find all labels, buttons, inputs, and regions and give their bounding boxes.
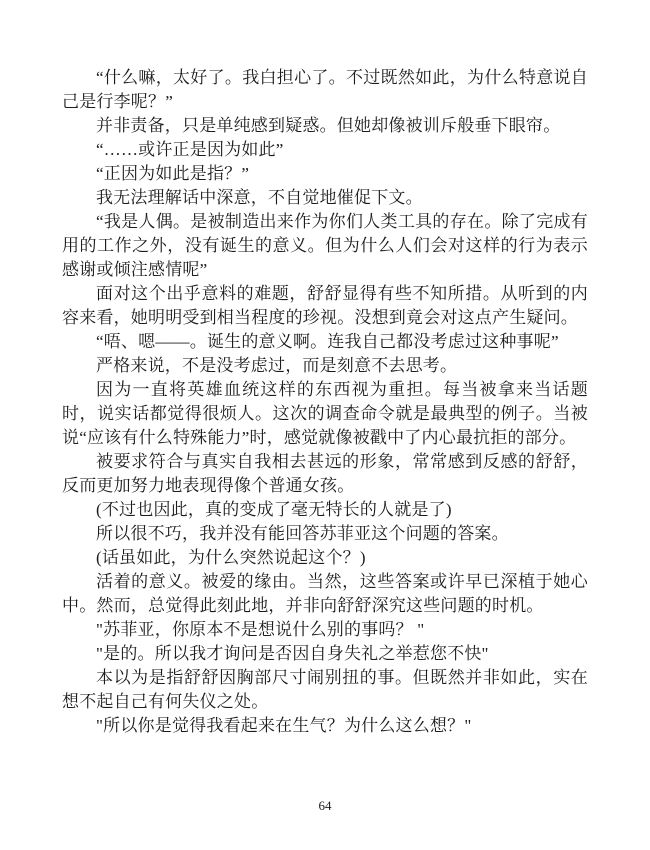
page-body-text: “什么嘛，太好了。我白担心了。不过既然如此，为什么特意说自己是行李呢？” 并非责… <box>62 66 588 738</box>
paragraph: 活着的意义。被爱的缘由。当然，这些答案或许早已深植于她心中。然而，总觉得此刻此地… <box>62 570 588 618</box>
document-page: “什么嘛，太好了。我白担心了。不过既然如此，为什么特意说自己是行李呢？” 并非责… <box>0 0 650 850</box>
paragraph: 并非责备，只是单纯感到疑惑。但她却像被训斥般垂下眼帘。 <box>62 114 588 138</box>
paragraph: “我是人偶。是被制造出来作为你们人类工具的存在。除了完成有用的工作之外，没有诞生… <box>62 210 588 282</box>
paragraph: “……或许正是因为如此” <box>62 138 588 162</box>
paragraph: “什么嘛，太好了。我白担心了。不过既然如此，为什么特意说自己是行李呢？” <box>62 66 588 114</box>
paragraph: "所以你是觉得我看起来在生气？为什么这么想？" <box>62 714 588 738</box>
paragraph: “正因为如此是指？” <box>62 162 588 186</box>
paragraph: 我无法理解话中深意，不自觉地催促下文。 <box>62 186 588 210</box>
paragraph: (话虽如此，为什么突然说起这个？) <box>62 546 588 570</box>
paragraph: (不过也因此，真的变成了毫无特长的人就是了) <box>62 498 588 522</box>
paragraph: “唔、嗯——。诞生的意义啊。连我自己都没考虑过这种事呢” <box>62 330 588 354</box>
paragraph: 面对这个出乎意料的难题，舒舒显得有些不知所措。从听到的内容来看，她明明受到相当程… <box>62 282 588 330</box>
paragraph: "是的。所以我才询问是否因自身失礼之举惹您不快" <box>62 642 588 666</box>
paragraph: 因为一直将英雄血统这样的东西视为重担。每当被拿来当话题时，说实话都觉得很烦人。这… <box>62 378 588 450</box>
paragraph: 被要求符合与真实自我相去甚远的形象，常常感到反感的舒舒，反而更加努力地表现得像个… <box>62 450 588 498</box>
paragraph: "苏菲亚，你原本不是想说什么别的事吗？ " <box>62 618 588 642</box>
paragraph: 所以很不巧，我并没有能回答苏菲亚这个问题的答案。 <box>62 522 588 546</box>
page-number: 64 <box>0 798 650 814</box>
paragraph: 严格来说，不是没考虑过，而是刻意不去思考。 <box>62 354 588 378</box>
paragraph: 本以为是指舒舒因胸部尺寸闹别扭的事。但既然并非如此，实在想不起自己有何失仪之处。 <box>62 666 588 714</box>
